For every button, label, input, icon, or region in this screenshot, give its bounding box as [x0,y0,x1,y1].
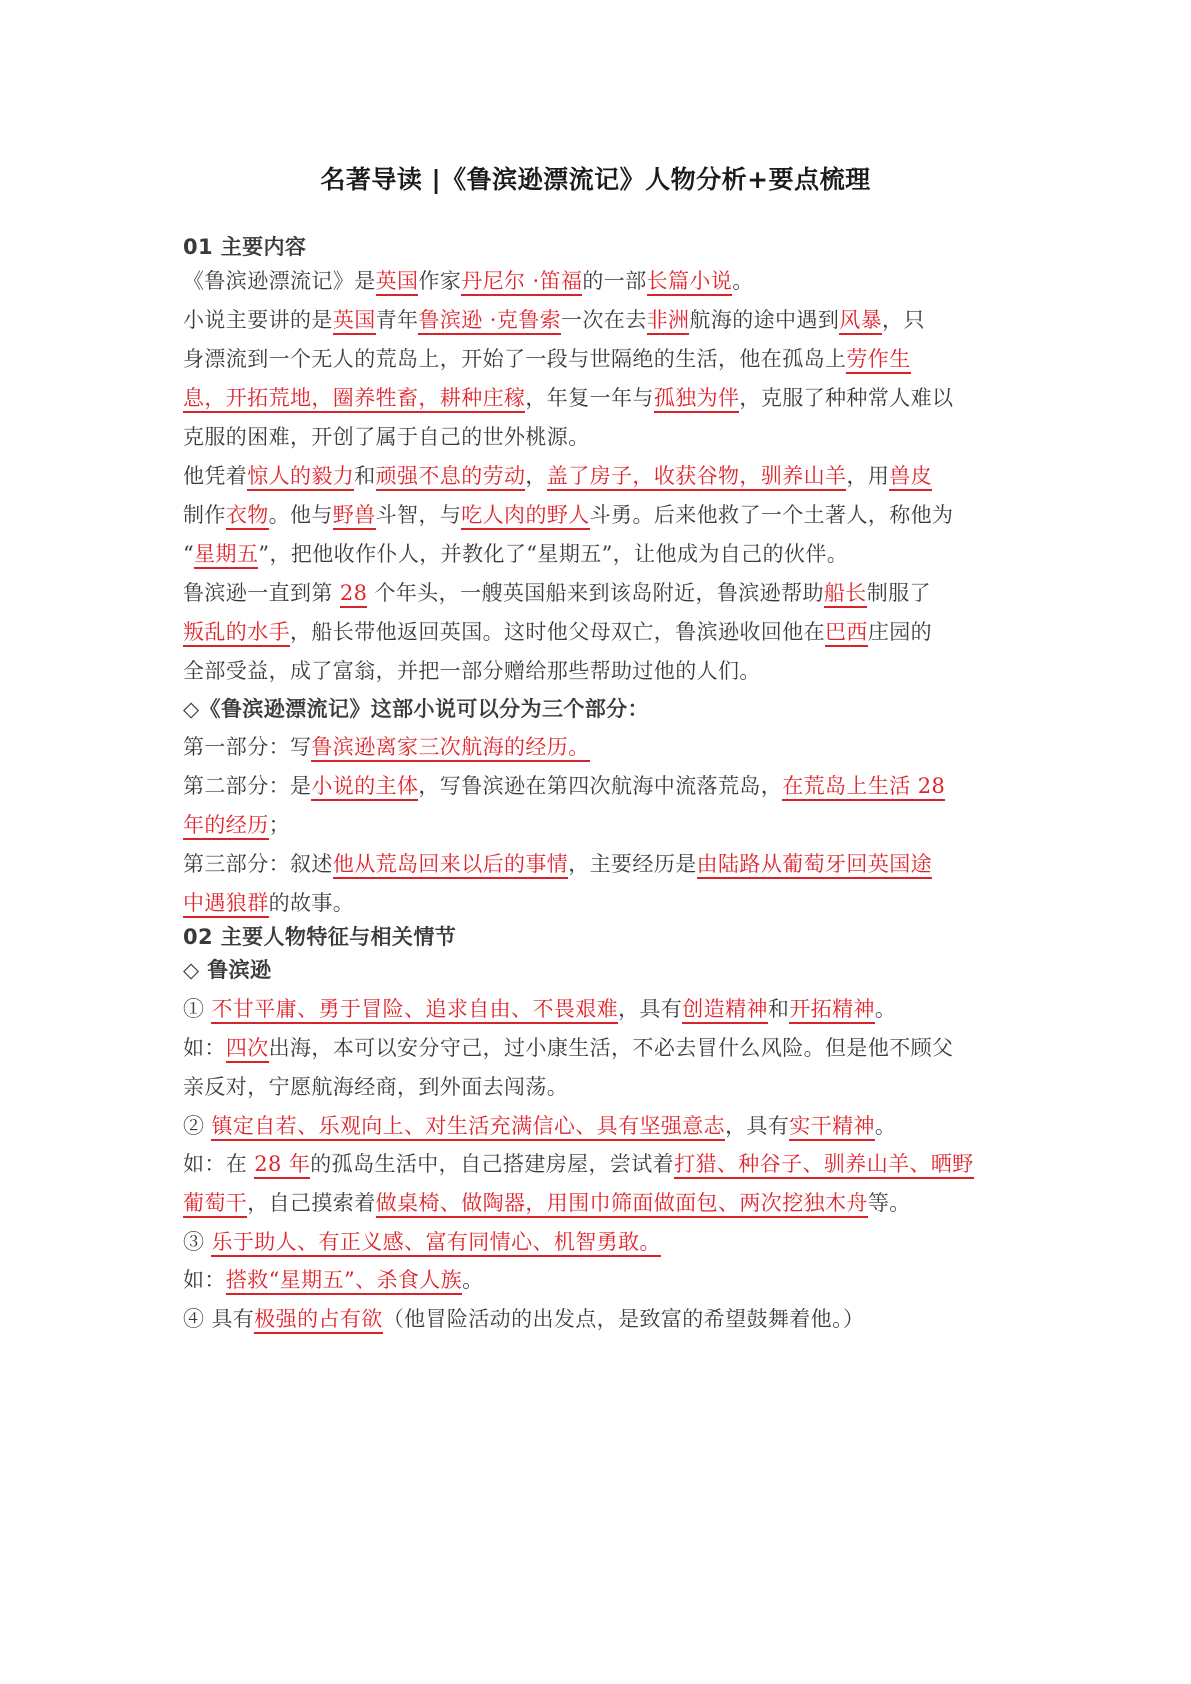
text-line: 如：在 28 年的孤岛生活中，自己搭建房屋，尝试着打猎、种谷子、驯养山羊、晒野 [183,1149,1013,1179]
text-segment: “ [183,542,194,566]
text-segment: ，克服了种种常人难以 [739,386,953,410]
text-segment: 作家 [418,269,461,293]
highlighted-keyword: 丹尼尔 ·笛福 [461,269,582,296]
text-line: ② 镇定自若、乐观向上、对生活充满信心、具有坚强意志，具有实干精神。 [183,1111,1013,1141]
highlighted-keyword: 28 [340,581,368,608]
highlighted-keyword: 打猎、种谷子、驯养山羊、晒野 [674,1152,974,1179]
highlighted-keyword: 极强的占有欲 [254,1307,382,1334]
text-segment: 制服了 [867,581,931,605]
highlighted-keyword: 在荒岛上生活 28 [782,774,945,801]
text-line: 葡萄干，自己摸索着做桌椅、做陶器，用围巾筛面做面包、两次挖独木舟等。 [183,1188,1013,1218]
highlighted-keyword: 年的经历 [183,813,269,840]
text-segment: 青年 [376,308,419,332]
text-segment: 克服的困难，开创了属于自己的世外桃源。 [183,425,590,449]
highlighted-keyword: 惊人的毅力 [247,464,354,491]
text-line: 息，开拓荒地，圈养牲畜，耕种庄稼，年复一年与孤独为伴，克服了种种常人难以 [183,383,1013,413]
text-segment: ① [183,997,211,1021]
highlighted-keyword: 衣物 [226,503,269,530]
highlighted-keyword: 巴西 [825,620,868,647]
text-line: 中遇狼群的故事。 [183,888,1013,918]
text-line: ④ 具有极强的占有欲（他冒险活动的出发点，是致富的希望鼓舞着他。） [183,1304,1013,1334]
text-line: 制作衣物。他与野兽斗智，与吃人肉的野人斗勇。后来他救了一个土著人，称他为 [183,500,1013,530]
highlighted-keyword: 28 年 [254,1152,310,1179]
text-segment: ，用 [846,464,889,488]
text-segment: ，具有 [618,997,682,1021]
text-segment: 第二部分：是 [183,774,311,798]
text-segment: ，船长带他返回英国。这时他父母双亡，鲁滨逊收回他在 [290,620,825,644]
text-line: 如：四次出海，本可以安分守己，过小康生活，不必去冒什么风险。但是他不顾父 [183,1033,1013,1063]
highlighted-keyword: 长篇小说 [647,269,733,296]
text-line: 鲁滨逊一直到第 28 个年头，一艘英国船来到该岛附近，鲁滨逊帮助船长制服了 [183,578,1013,608]
text-segment: ，只 [882,308,925,332]
text-segment: 。 [875,1114,896,1138]
highlighted-keyword: 由陆路从葡萄牙回英国途 [697,852,932,879]
highlighted-keyword: 吃人肉的野人 [461,503,589,530]
text-line: 他凭着惊人的毅力和顽强不息的劳动，盖了房子，收获谷物，驯养山羊，用兽皮 [183,461,1013,491]
text-segment: 庄园的 [868,620,932,644]
highlighted-keyword: 鲁滨逊 ·克鲁索 [418,308,561,335]
text-line: 身漂流到一个无人的荒岛上，开始了一段与世隔绝的生活，他在孤岛上劳作生 [183,344,1013,374]
highlighted-keyword: 船长 [824,581,867,608]
highlighted-keyword: 鲁滨逊离家三次航海的经历。 [311,735,589,762]
text-segment: 的一部 [582,269,646,293]
text-segment: 身漂流到一个无人的荒岛上，开始了一段与世隔绝的生活，他在孤岛上 [183,347,846,371]
text-line: 小说主要讲的是英国青年鲁滨逊 ·克鲁索一次在去非洲航海的途中遇到风暴，只 [183,305,1013,335]
text-segment: 02 主要人物特征与相关情节 [183,925,456,949]
text-segment: ◇《鲁滨逊漂流记》这部小说可以分为三个部分： [183,697,649,721]
text-segment: 斗勇。后来他救了一个土著人，称他为 [590,503,954,527]
text-segment: ② [183,1114,211,1138]
highlighted-keyword: 创造精神 [682,997,768,1024]
text-line: 克服的困难，开创了属于自己的世外桃源。 [183,422,1013,452]
text-segment: 第三部分：叙述 [183,852,333,876]
text-segment: 小说主要讲的是 [183,308,333,332]
highlighted-keyword: 星期五 [194,542,258,569]
highlighted-keyword: 野兽 [333,503,376,530]
text-segment: 如： [183,1268,226,1292]
text-segment: ； [269,813,290,837]
text-line: 《鲁滨逊漂流记》是英国作家丹尼尔 ·笛福的一部长篇小说。 [183,266,1013,296]
text-segment: 的故事。 [269,891,355,915]
text-segment: 如： [183,1036,226,1060]
text-line: 如：搭救“星期五”、杀食人族。 [183,1265,1013,1295]
text-segment: ，自己摸索着 [247,1191,375,1215]
text-segment: 。 [875,997,896,1021]
text-segment: 。他与 [269,503,333,527]
section-heading: 01 主要内容 [183,232,1013,262]
highlighted-keyword: 英国 [376,269,419,296]
text-segment: 斗智，与 [376,503,462,527]
highlighted-keyword: 中遇狼群 [183,891,269,918]
text-segment: 一次在去 [561,308,647,332]
text-line: 叛乱的水手，船长带他返回英国。这时他父母双亡，鲁滨逊收回他在巴西庄园的 [183,617,1013,647]
highlighted-keyword: 做桌椅、做陶器，用围巾筛面做面包、两次挖独木舟 [376,1191,868,1218]
text-line: 年的经历； [183,810,1013,840]
highlighted-keyword: 葡萄干 [183,1191,247,1218]
highlighted-keyword: 不甘平庸、勇于冒险、追求自由、不畏艰难 [211,997,618,1024]
text-line: 第一部分：写鲁滨逊离家三次航海的经历。 [183,732,1013,762]
highlighted-keyword: 实干精神 [789,1114,875,1141]
text-segment: 全部受益，成了富翁，并把一部分赠给那些帮助过他的人们。 [183,659,761,683]
text-segment: 第一部分：写 [183,735,311,759]
text-line: 全部受益，成了富翁，并把一部分赠给那些帮助过他的人们。 [183,656,1013,686]
text-segment: （他冒险活动的出发点，是致富的希望鼓舞着他。） [383,1307,865,1331]
text-segment: 。 [732,269,753,293]
highlighted-keyword: 风暴 [839,308,882,335]
highlighted-keyword: 镇定自若、乐观向上、对生活充满信心、具有坚强意志 [211,1114,725,1141]
text-segment: 他凭着 [183,464,247,488]
section-heading: ◇ 鲁滨逊 [183,955,1013,985]
text-line: ① 不甘平庸、勇于冒险、追求自由、不畏艰难，具有创造精神和开拓精神。 [183,994,1013,1024]
highlighted-keyword: 他从荒岛回来以后的事情 [333,852,568,879]
section-heading: 02 主要人物特征与相关情节 [183,922,1013,952]
text-segment: 和 [768,997,789,1021]
text-segment: 制作 [183,503,226,527]
document-title: 名著导读 |《鲁滨逊漂流记》人物分析+要点梳理 [0,160,1191,196]
highlighted-keyword: 息，开拓荒地，圈养牲畜，耕种庄稼 [183,386,525,413]
document-page: 名著导读 |《鲁滨逊漂流记》人物分析+要点梳理 01 主要内容《鲁滨逊漂流记》是… [0,0,1191,1684]
text-segment: ， [525,464,546,488]
text-segment: 等。 [868,1191,911,1215]
text-segment: 鲁滨逊一直到第 [183,581,340,605]
highlighted-keyword: 乐于助人、有正义感、富有同情心、机智勇敢。 [211,1230,660,1257]
text-segment: 如：在 [183,1152,254,1176]
section-heading: ◇《鲁滨逊漂流记》这部小说可以分为三个部分： [183,694,1013,724]
text-line: 亲反对，宁愿航海经商，到外面去闯荡。 [183,1072,1013,1102]
text-segment: ，主要经历是 [568,852,696,876]
highlighted-keyword: 小说的主体 [311,774,418,801]
text-segment: ④ 具有 [183,1307,254,1331]
text-segment: 亲反对，宁愿航海经商，到外面去闯荡。 [183,1075,568,1099]
highlighted-keyword: 劳作生 [846,347,910,374]
text-segment: 和 [354,464,375,488]
text-line: “星期五”，把他收作仆人，并教化了“星期五”，让他成为自己的伙伴。 [183,539,1013,569]
text-segment: ”，把他收作仆人，并教化了“星期五”，让他成为自己的伙伴。 [258,542,848,566]
highlighted-keyword: 四次 [226,1036,269,1063]
highlighted-keyword: 兽皮 [889,464,932,491]
text-segment: 《鲁滨逊漂流记》是 [183,269,376,293]
highlighted-keyword: 非洲 [647,308,690,335]
text-segment: ，写鲁滨逊在第四次航海中流落荒岛， [418,774,782,798]
text-segment: ③ [183,1230,211,1254]
text-line: 第三部分：叙述他从荒岛回来以后的事情，主要经历是由陆路从葡萄牙回英国途 [183,849,1013,879]
highlighted-keyword: 叛乱的水手 [183,620,290,647]
text-segment: ，年复一年与 [525,386,653,410]
text-segment: ，具有 [725,1114,789,1138]
text-line: ③ 乐于助人、有正义感、富有同情心、机智勇敢。 [183,1227,1013,1257]
highlighted-keyword: 英国 [333,308,376,335]
text-segment: 。 [462,1268,483,1292]
highlighted-keyword: 搭救“星期五”、杀食人族 [226,1268,462,1295]
text-line: 第二部分：是小说的主体，写鲁滨逊在第四次航海中流落荒岛，在荒岛上生活 28 [183,771,1013,801]
highlighted-keyword: 盖了房子，收获谷物，驯养山羊 [547,464,847,491]
highlighted-keyword: 顽强不息的劳动 [376,464,526,491]
text-segment: 个年头，一艘英国船来到该岛附近，鲁滨逊帮助 [367,581,823,605]
highlighted-keyword: 开拓精神 [789,997,875,1024]
text-segment: ◇ 鲁滨逊 [183,958,271,982]
text-segment: 航海的途中遇到 [689,308,839,332]
text-segment: 的孤岛生活中，自己搭建房屋，尝试着 [310,1152,674,1176]
highlighted-keyword: 孤独为伴 [654,386,740,413]
text-segment: 出海，本可以安分守己，过小康生活，不必去冒什么风险。但是他不顾父 [269,1036,954,1060]
text-segment: 01 主要内容 [183,235,306,259]
